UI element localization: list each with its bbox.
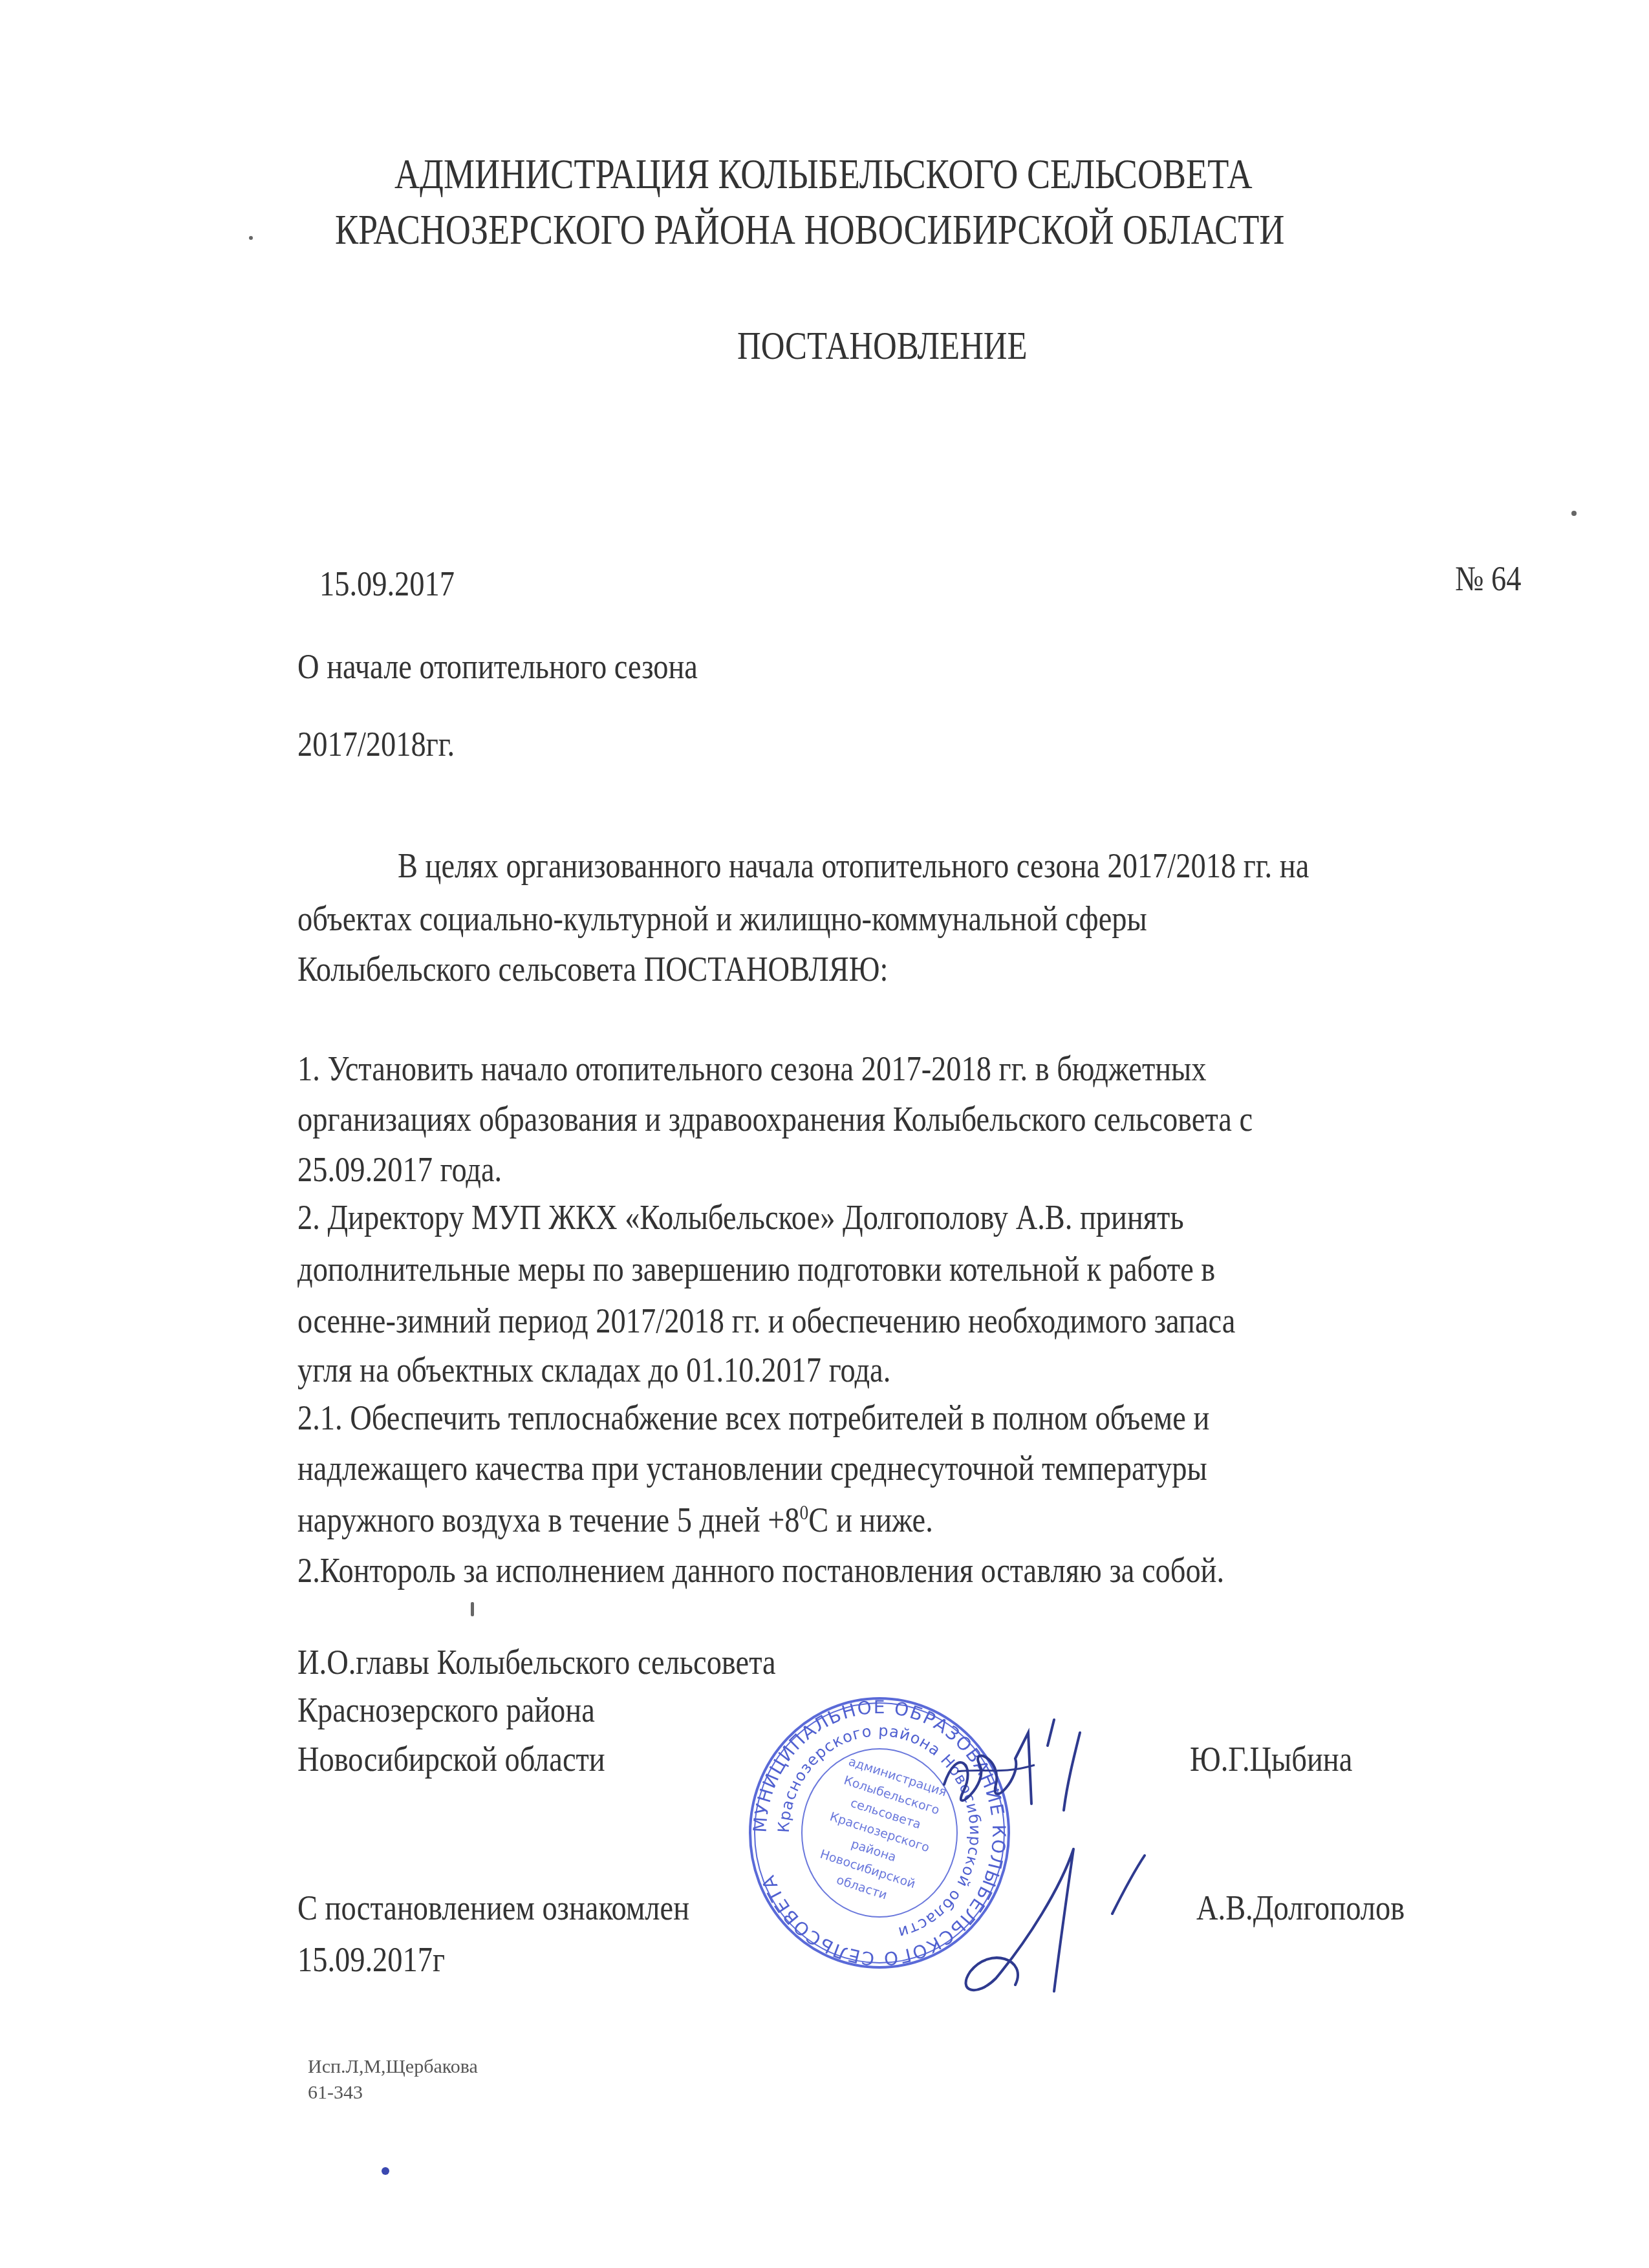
executor-phone: 61-343	[308, 2079, 363, 2106]
scan-speck	[471, 1602, 474, 1616]
doc-type-title: ПОСТАНОВЛЕНИЕ	[737, 323, 1028, 369]
signature-dolgopolov-icon	[931, 1836, 1203, 2004]
item-line: 25.09.2017 года.	[297, 1150, 502, 1190]
org-header-line1: АДМИНИСТРАЦИЯ КОЛЫБЕЛЬСКОГО СЕЛЬСОВЕТА	[394, 150, 1253, 199]
acknowledgement-line: С постановлением ознакомлен	[297, 1888, 689, 1928]
acknowledged-name: А.В.Долгополов	[1196, 1888, 1405, 1928]
preamble-line2: объектах социально-культурной и жилищно-…	[297, 899, 1147, 939]
signature-title-line2: Краснозерского района	[297, 1690, 595, 1730]
item-line: дополнительные меры по завершению подгот…	[297, 1249, 1215, 1289]
preamble-line1: В целях организованного начала отопитель…	[398, 846, 1309, 886]
item-line: организациях образования и здравоохранен…	[297, 1099, 1253, 1139]
temperature-text-end: С и ниже.	[808, 1501, 932, 1539]
doc-number: № 64	[1455, 559, 1521, 599]
item-line: 2. Директору МУП ЖКХ «Колыбельское» Долг…	[297, 1197, 1184, 1237]
temperature-line: наружного воздуха в течение 5 дней +80С …	[297, 1500, 933, 1540]
item-line: 2.1. Обеспечить теплоснабжение всех потр…	[297, 1398, 1209, 1438]
signer-name: Ю.Г.Цыбина	[1190, 1739, 1352, 1779]
signature-tsybina-icon	[918, 1707, 1125, 1849]
degree-superscript: 0	[800, 1501, 809, 1524]
item-line: угля на объектных складах до 01.10.2017 …	[297, 1350, 890, 1390]
item-line: осенне-зимний период 2017/2018 гг. и обе…	[297, 1301, 1235, 1341]
signature-title-line3: Новосибирской области	[297, 1739, 605, 1779]
item-line: 1. Установить начало отопительного сезон…	[297, 1049, 1206, 1089]
signature-title-line1: И.О.главы Колыбельского сельсовета	[297, 1642, 776, 1682]
temperature-text: наружного воздуха в течение 5 дней +8	[297, 1501, 800, 1539]
scan-speck	[1571, 511, 1577, 516]
acknowledgement-date: 15.09.2017г	[297, 1940, 445, 1980]
item-line: надлежащего качества при установлении ср…	[297, 1448, 1207, 1488]
scan-speck	[382, 2167, 389, 2175]
org-header-line2: КРАСНОЗЕРСКОГО РАЙОНА НОВОСИБИРСКОЙ ОБЛА…	[335, 206, 1284, 255]
preamble-line3: Колыбельского сельсовета ПОСТАНОВЛЯЮ:	[297, 949, 888, 989]
subject-line2: 2017/2018гг.	[297, 724, 455, 764]
executor-name: Исп.Л,М,Щербакова	[308, 2053, 478, 2081]
doc-date: 15.09.2017	[319, 564, 455, 604]
control-line: 2.Контороль за исполнением данного поста…	[297, 1550, 1224, 1590]
scan-speck	[249, 236, 253, 240]
subject-line1: О начале отопительного сезона	[297, 647, 698, 687]
